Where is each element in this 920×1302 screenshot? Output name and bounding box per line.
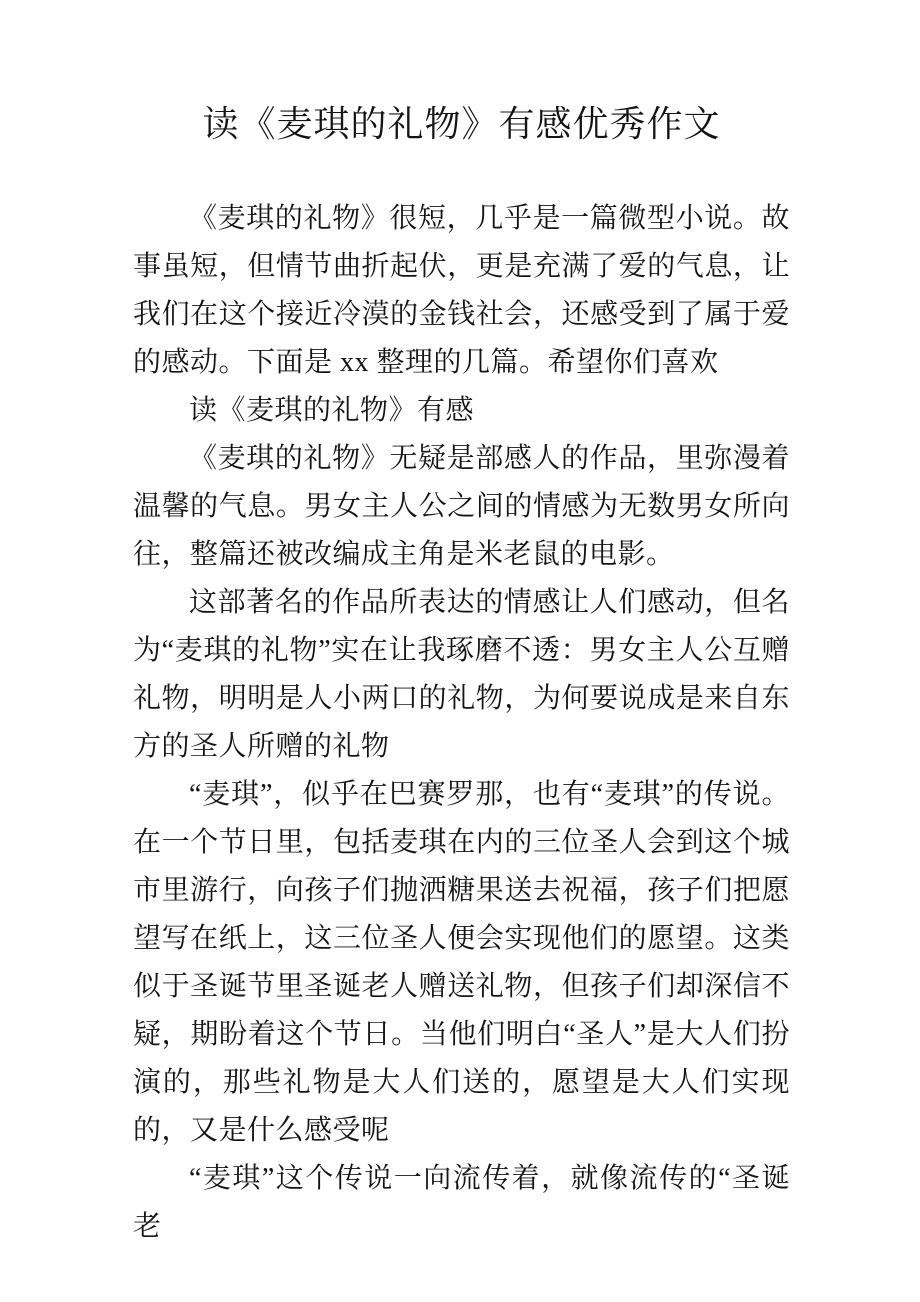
paragraph-body-2: 这部著名的作品所表达的情感让人们感动，但名为“麦琪的礼物”实在让我琢磨不透：男女…: [133, 579, 790, 771]
document-page: 读《麦琪的礼物》有感优秀作文 《麦琪的礼物》很短，几乎是一篇微型小说。故事虽短，…: [0, 0, 920, 1302]
paragraph-intro: 《麦琪的礼物》很短，几乎是一篇微型小说。故事虽短，但情节曲折起伏，更是充满了爱的…: [133, 195, 790, 387]
paragraph-body-3: “麦琪”，似乎在巴赛罗那，也有“麦琪”的传说。在一个节日里，包括麦琪在内的三位圣…: [133, 771, 790, 1155]
document-title: 读《麦琪的礼物》有感优秀作文: [133, 100, 790, 149]
paragraph-body-1: 《麦琪的礼物》无疑是部感人的作品，里弥漫着温馨的气息。男女主人公之间的情感为无数…: [133, 435, 790, 579]
paragraph-body-4-truncated: “麦琪”这个传说一向流传着，就像流传的“圣诞老: [133, 1155, 790, 1251]
paragraph-subheading: 读《麦琪的礼物》有感: [133, 387, 790, 435]
